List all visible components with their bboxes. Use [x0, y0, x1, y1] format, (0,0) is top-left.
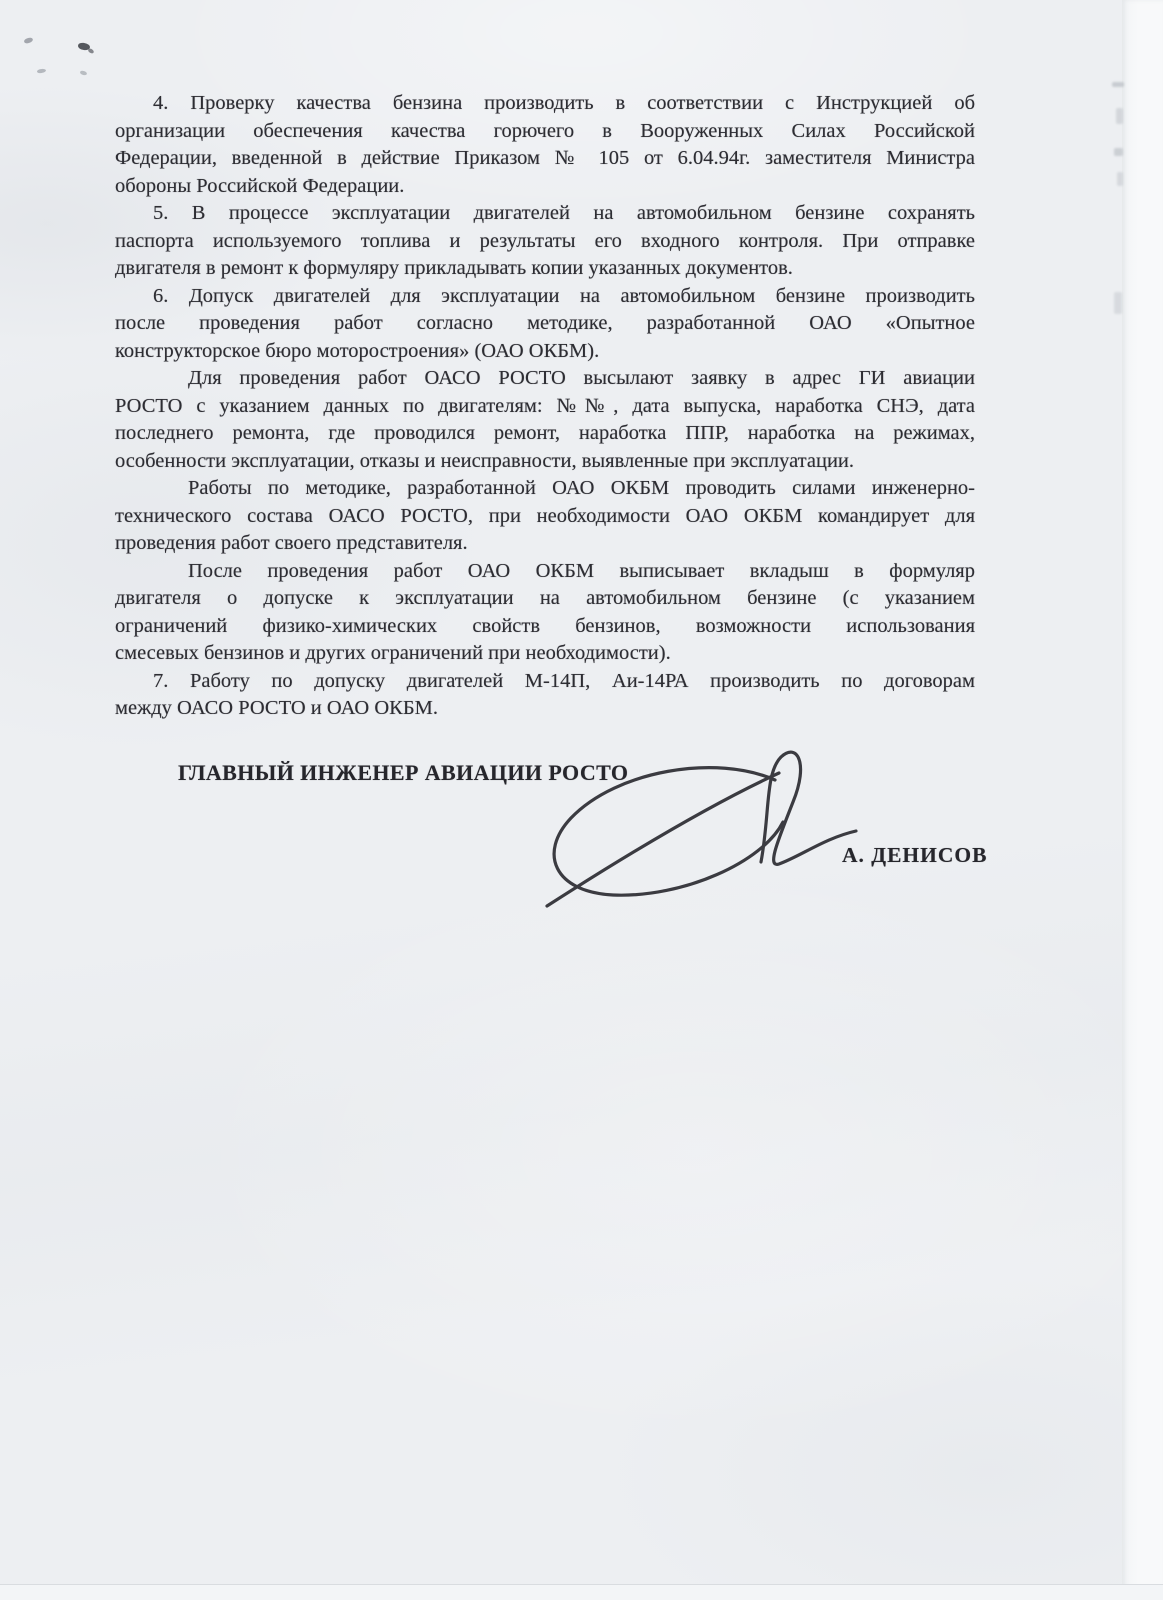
scan-smudge [1112, 82, 1124, 87]
paper-right-edge [1122, 0, 1163, 1600]
text-line: особенности эксплуатации, отказы и неисп… [115, 448, 975, 476]
paper-bottom-edge [0, 1584, 1163, 1600]
text-line: паспорта используемого топлива и результ… [115, 228, 975, 256]
text-line: обороны Российской Федерации. [115, 173, 975, 201]
text-line: технического состава ОАСО РОСТО, при нео… [115, 503, 975, 531]
paragraph-7: 7. Работу по допуску двигателей М-14П, А… [115, 668, 975, 723]
text-line: 4. Проверку качества бензина производить… [115, 90, 975, 118]
text-line: после проведения работ согласно методике… [115, 310, 975, 338]
text-line: После проведения работ ОАО ОКБМ выписыва… [115, 558, 975, 586]
text-line: между ОАСО РОСТО и ОАО ОКБМ. [115, 695, 975, 723]
text-line: 6. Допуск двигателей для эксплуатации на… [115, 283, 975, 311]
paragraph-request: Для проведения работ ОАСО РОСТО высылают… [115, 365, 975, 475]
text-line: Федерации, введенной в действие Приказом… [115, 145, 975, 173]
paragraph-6: 6. Допуск двигателей для эксплуатации на… [115, 283, 975, 366]
text-line: Работы по методике, разработанной ОАО ОК… [115, 475, 975, 503]
text-line: двигателя в ремонт к формуляру прикладыв… [115, 255, 975, 283]
document-text-block: 4. Проверку качества бензина производить… [115, 90, 975, 787]
text-line: конструкторское бюро моторостроения» (ОА… [115, 338, 975, 366]
scan-speck [87, 48, 94, 54]
scan-smudge [1114, 292, 1122, 314]
signer-name: А. ДЕНИСОВ [842, 843, 987, 868]
text-line: РОСТО с указанием данных по двигателям: … [115, 393, 975, 421]
scan-speck [23, 37, 33, 45]
text-line: 5. В процессе эксплуатации двигателей на… [115, 200, 975, 228]
text-line: Для проведения работ ОАСО РОСТО высылают… [115, 365, 975, 393]
paragraph-5: 5. В процессе эксплуатации двигателей на… [115, 200, 975, 283]
handwritten-signature-icon [525, 742, 1025, 917]
scan-smudge [1116, 108, 1123, 124]
text-line: смесевых бензинов и других ограничений п… [115, 640, 975, 668]
paragraph-method-works: Работы по методике, разработанной ОАО ОК… [115, 475, 975, 558]
scan-speck [37, 68, 47, 74]
text-line: двигателя о допуске к эксплуатации на ав… [115, 585, 975, 613]
text-line: ограничений физико-химических свойств бе… [115, 613, 975, 641]
text-line: организации обеспечения качества горючег… [115, 118, 975, 146]
scanned-document-page: 4. Проверку качества бензина производить… [0, 0, 1163, 1600]
paragraph-logbook-insert: После проведения работ ОАО ОКБМ выписыва… [115, 558, 975, 668]
text-line: последнего ремонта, где проводился ремон… [115, 420, 975, 448]
text-line: 7. Работу по допуску двигателей М-14П, А… [115, 668, 975, 696]
scan-smudge [1117, 172, 1123, 186]
scan-smudge [1114, 148, 1123, 156]
text-line: проведения работ своего представителя. [115, 530, 975, 558]
paragraph-4: 4. Проверку качества бензина производить… [115, 90, 975, 200]
scan-speck [80, 70, 88, 76]
